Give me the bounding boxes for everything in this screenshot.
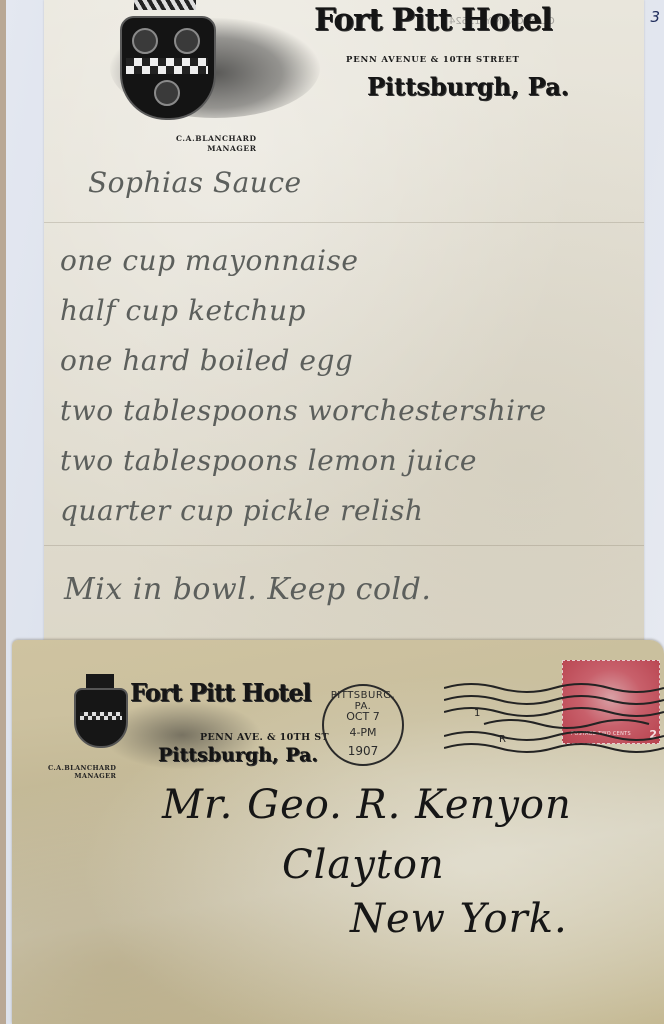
pittsburgh-shield-icon bbox=[74, 688, 128, 748]
postmark: PITTSBURG, PA. OCT 7 4-PM 1907 bbox=[322, 684, 404, 766]
letter-sheet: CLAYTON, N.Y. 13624 Fort Pitt Hotel PENN… bbox=[44, 0, 644, 660]
ingredient-item: quarter cup pickle relish bbox=[60, 486, 547, 536]
envelope-address-line: PENN AVE. & 10TH ST bbox=[200, 732, 329, 743]
envelope-crest bbox=[72, 674, 128, 750]
eagle-roundel-icon bbox=[154, 80, 180, 106]
addressee-city: Clayton bbox=[282, 842, 445, 888]
envelope-hotel-name: Fort Pitt Hotel bbox=[130, 678, 311, 707]
letterhead-hotel-name: Fort Pitt Hotel bbox=[314, 2, 552, 38]
recipe-instructions: Mix in bowl. Keep cold. bbox=[64, 572, 431, 607]
postmark-date: OCT 7 bbox=[324, 710, 402, 723]
cancellation-mark: 1 bbox=[474, 708, 480, 719]
eagle-roundel-icon bbox=[132, 28, 158, 54]
letterhead-city: Pittsburgh, Pa. bbox=[367, 72, 569, 101]
page-number: 3 bbox=[650, 8, 660, 26]
eagle-roundel-icon bbox=[174, 28, 200, 54]
manager-title: MANAGER bbox=[48, 772, 116, 780]
crown-icon bbox=[134, 0, 196, 10]
postmark-time: 4-PM bbox=[324, 726, 402, 739]
letterhead-address: PENN AVENUE & 10TH STREET bbox=[346, 55, 520, 65]
envelope-city: Pittsburgh, Pa. bbox=[158, 744, 318, 766]
manager-title: MANAGER bbox=[176, 144, 257, 154]
ingredient-item: two tablespoons worchestershire bbox=[60, 386, 547, 436]
ingredient-item: two tablespoons lemon juice bbox=[60, 436, 547, 486]
fold-line bbox=[44, 545, 644, 546]
manager-name: C.A.BLANCHARD bbox=[48, 764, 116, 772]
checkered-band-icon bbox=[126, 58, 208, 74]
addressee-name: Mr. Geo. R. Kenyon bbox=[162, 782, 572, 828]
envelope: Fort Pitt Hotel PENN AVE. & 10TH ST Pitt… bbox=[12, 640, 664, 1024]
ingredient-list: one cup mayonnaise half cup ketchup one … bbox=[60, 236, 547, 536]
addressee-state: New York. bbox=[350, 896, 568, 942]
postmark-year: 1907 bbox=[324, 744, 402, 758]
manager-name: C.A.BLANCHARD bbox=[176, 134, 257, 144]
cancellation-mark: R bbox=[499, 734, 506, 745]
crown-icon bbox=[86, 674, 114, 688]
envelope-manager: C.A.BLANCHARD MANAGER bbox=[48, 764, 116, 780]
letterhead-manager: C.A.BLANCHARD MANAGER bbox=[176, 134, 257, 154]
letterhead-crest bbox=[100, 0, 320, 120]
fold-line bbox=[44, 222, 644, 223]
postmark-city: PITTSBURG, PA. bbox=[324, 690, 402, 712]
ingredient-item: half cup ketchup bbox=[60, 286, 547, 336]
backing-edge bbox=[0, 0, 6, 1024]
recipe-title: Sophias Sauce bbox=[88, 166, 302, 199]
ingredient-item: one hard boiled egg bbox=[60, 336, 547, 386]
pittsburgh-shield-icon bbox=[120, 16, 216, 120]
checkered-band-icon bbox=[80, 712, 122, 720]
ingredient-item: one cup mayonnaise bbox=[60, 236, 547, 286]
